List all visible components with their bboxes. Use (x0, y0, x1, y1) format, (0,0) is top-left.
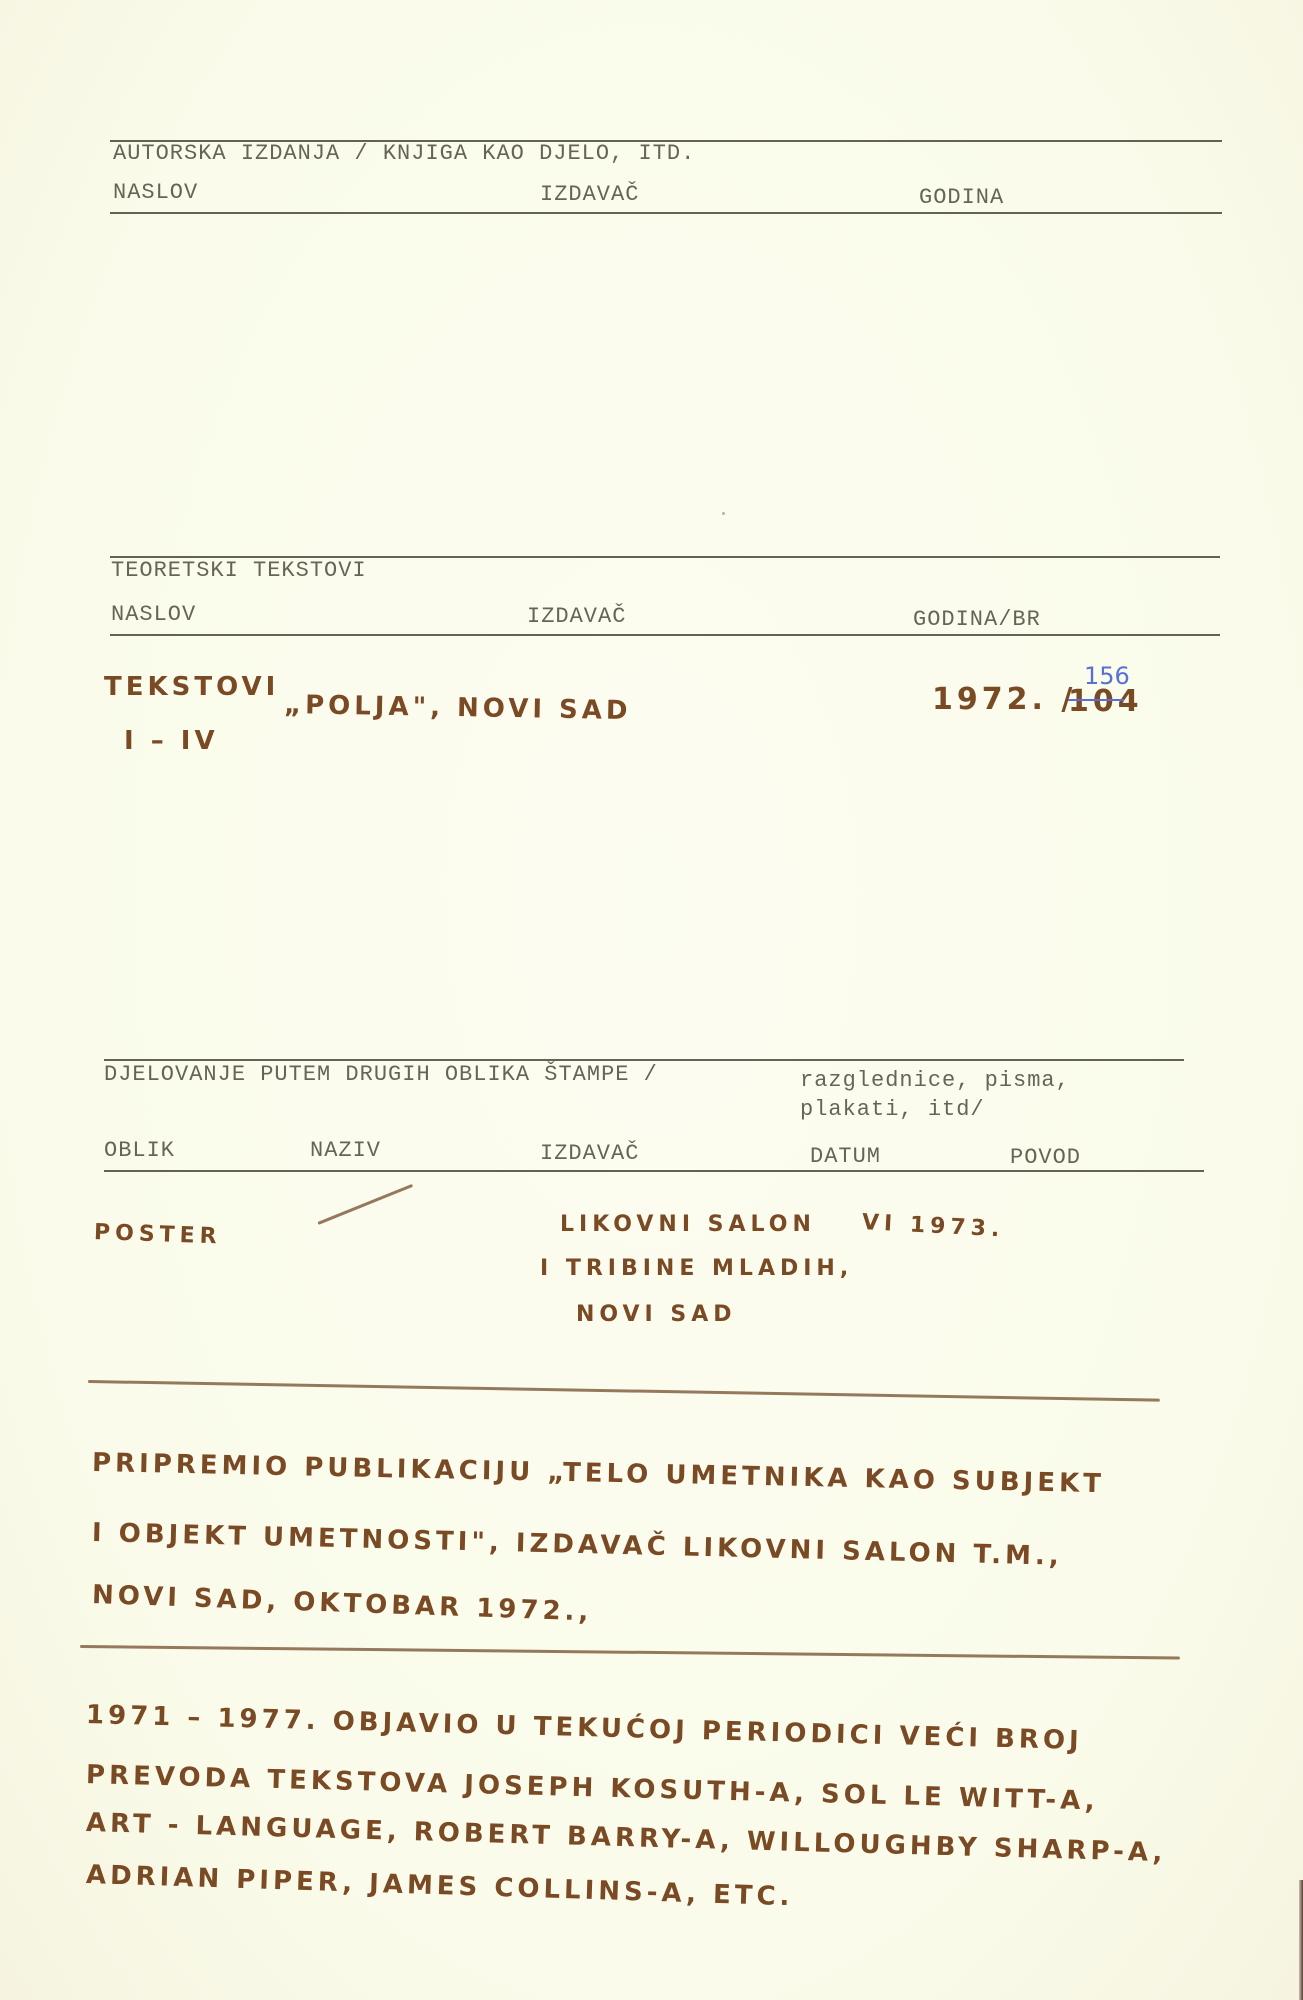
column-header-naslov: NASLOV (113, 180, 198, 205)
column-header-naziv: NAZIV (310, 1138, 381, 1163)
column-header-godina: GODINA (919, 185, 1004, 210)
section-other-title: DJELOVANJE PUTEM DRUGIH OBLIKA ŠTAMPE / (104, 1062, 658, 1087)
divider-line-1 (88, 1380, 1160, 1402)
note-publication-line3: NOVI SAD, OKTOBAR 1972., (91, 1580, 592, 1627)
theory-row-izdavac: „POLJA", NOVI SAD (284, 690, 632, 726)
other-row-naziv-dash (317, 1184, 413, 1225)
other-row-izdavac-line3: NOVI SAD (576, 1302, 737, 1327)
theory-row-naslov-line1: TEKSTOVI (104, 672, 279, 702)
divider-line-2 (80, 1645, 1180, 1660)
column-header-povod: POVOD (1010, 1145, 1081, 1170)
column-header-datum: DATUM (810, 1144, 881, 1169)
other-row-oblik: POSTER (94, 1220, 222, 1249)
column-header-izdavac: IZDAVAČ (527, 604, 626, 629)
paper-speck (722, 512, 725, 515)
section-other-title-note-line1: razglednice, pisma, (800, 1068, 1070, 1093)
other-row-izdavac-line1: LIKOVNI SALON (560, 1212, 816, 1237)
section-authored-header-rule (110, 212, 1222, 214)
note-publication-line1: PRIPREMIO PUBLIKACIJU „TELO UMETNIKA KAO… (92, 1448, 1106, 1499)
note-translations-line4: ADRIAN PIPER, JAMES COLLINS-A, ETC. (86, 1860, 794, 1912)
theory-row-broj-strikethrough (1068, 699, 1124, 701)
page-edge-shadow (1299, 1880, 1303, 2000)
note-translations-line1: 1971 – 1977. OBJAVIO U TEKUĆOJ PERIODICI… (86, 1700, 1083, 1756)
section-other-top-rule (104, 1059, 1184, 1061)
section-theory-title: TEORETSKI TEKSTOVI (111, 558, 367, 583)
other-row-datum: VI 1973. (861, 1210, 1005, 1242)
column-header-izdavac: IZDAVAČ (540, 182, 639, 207)
other-row-izdavac-line2: I TRIBINE MLADIH, (540, 1256, 853, 1281)
column-header-izdavac: IZDAVAČ (540, 1141, 639, 1166)
theory-row-godina: 1972. / (932, 682, 1076, 717)
note-translations-line3: ART - LANGUAGE, ROBERT BARRY-A, WILLOUGH… (86, 1808, 1167, 1868)
document-page: AUTORSKA IZDANJA / KNJIGA KAO DJELO, ITD… (0, 0, 1303, 2000)
section-theory-header-rule (110, 634, 1220, 636)
section-other-title-note-line2: plakati, itd/ (800, 1097, 985, 1122)
section-authored-title: AUTORSKA IZDANJA / KNJIGA KAO DJELO, ITD… (113, 141, 695, 166)
note-publication-line2: I OBJEKT UMETNOSTI", IZDAVAČ LIKOVNI SAL… (92, 1518, 1063, 1572)
theory-row-broj-correction: 156 (1084, 662, 1130, 690)
column-header-godina-br: GODINA/BR (913, 607, 1041, 632)
note-translations-line2: PREVODA TEKSTOVA JOSEPH KOSUTH-A, SOL LE… (86, 1760, 1099, 1817)
column-header-oblik: OBLIK (104, 1138, 175, 1163)
section-other-header-rule (104, 1170, 1204, 1172)
theory-row-naslov-line2: I – IV (124, 726, 219, 756)
column-header-naslov: NASLOV (111, 602, 196, 627)
